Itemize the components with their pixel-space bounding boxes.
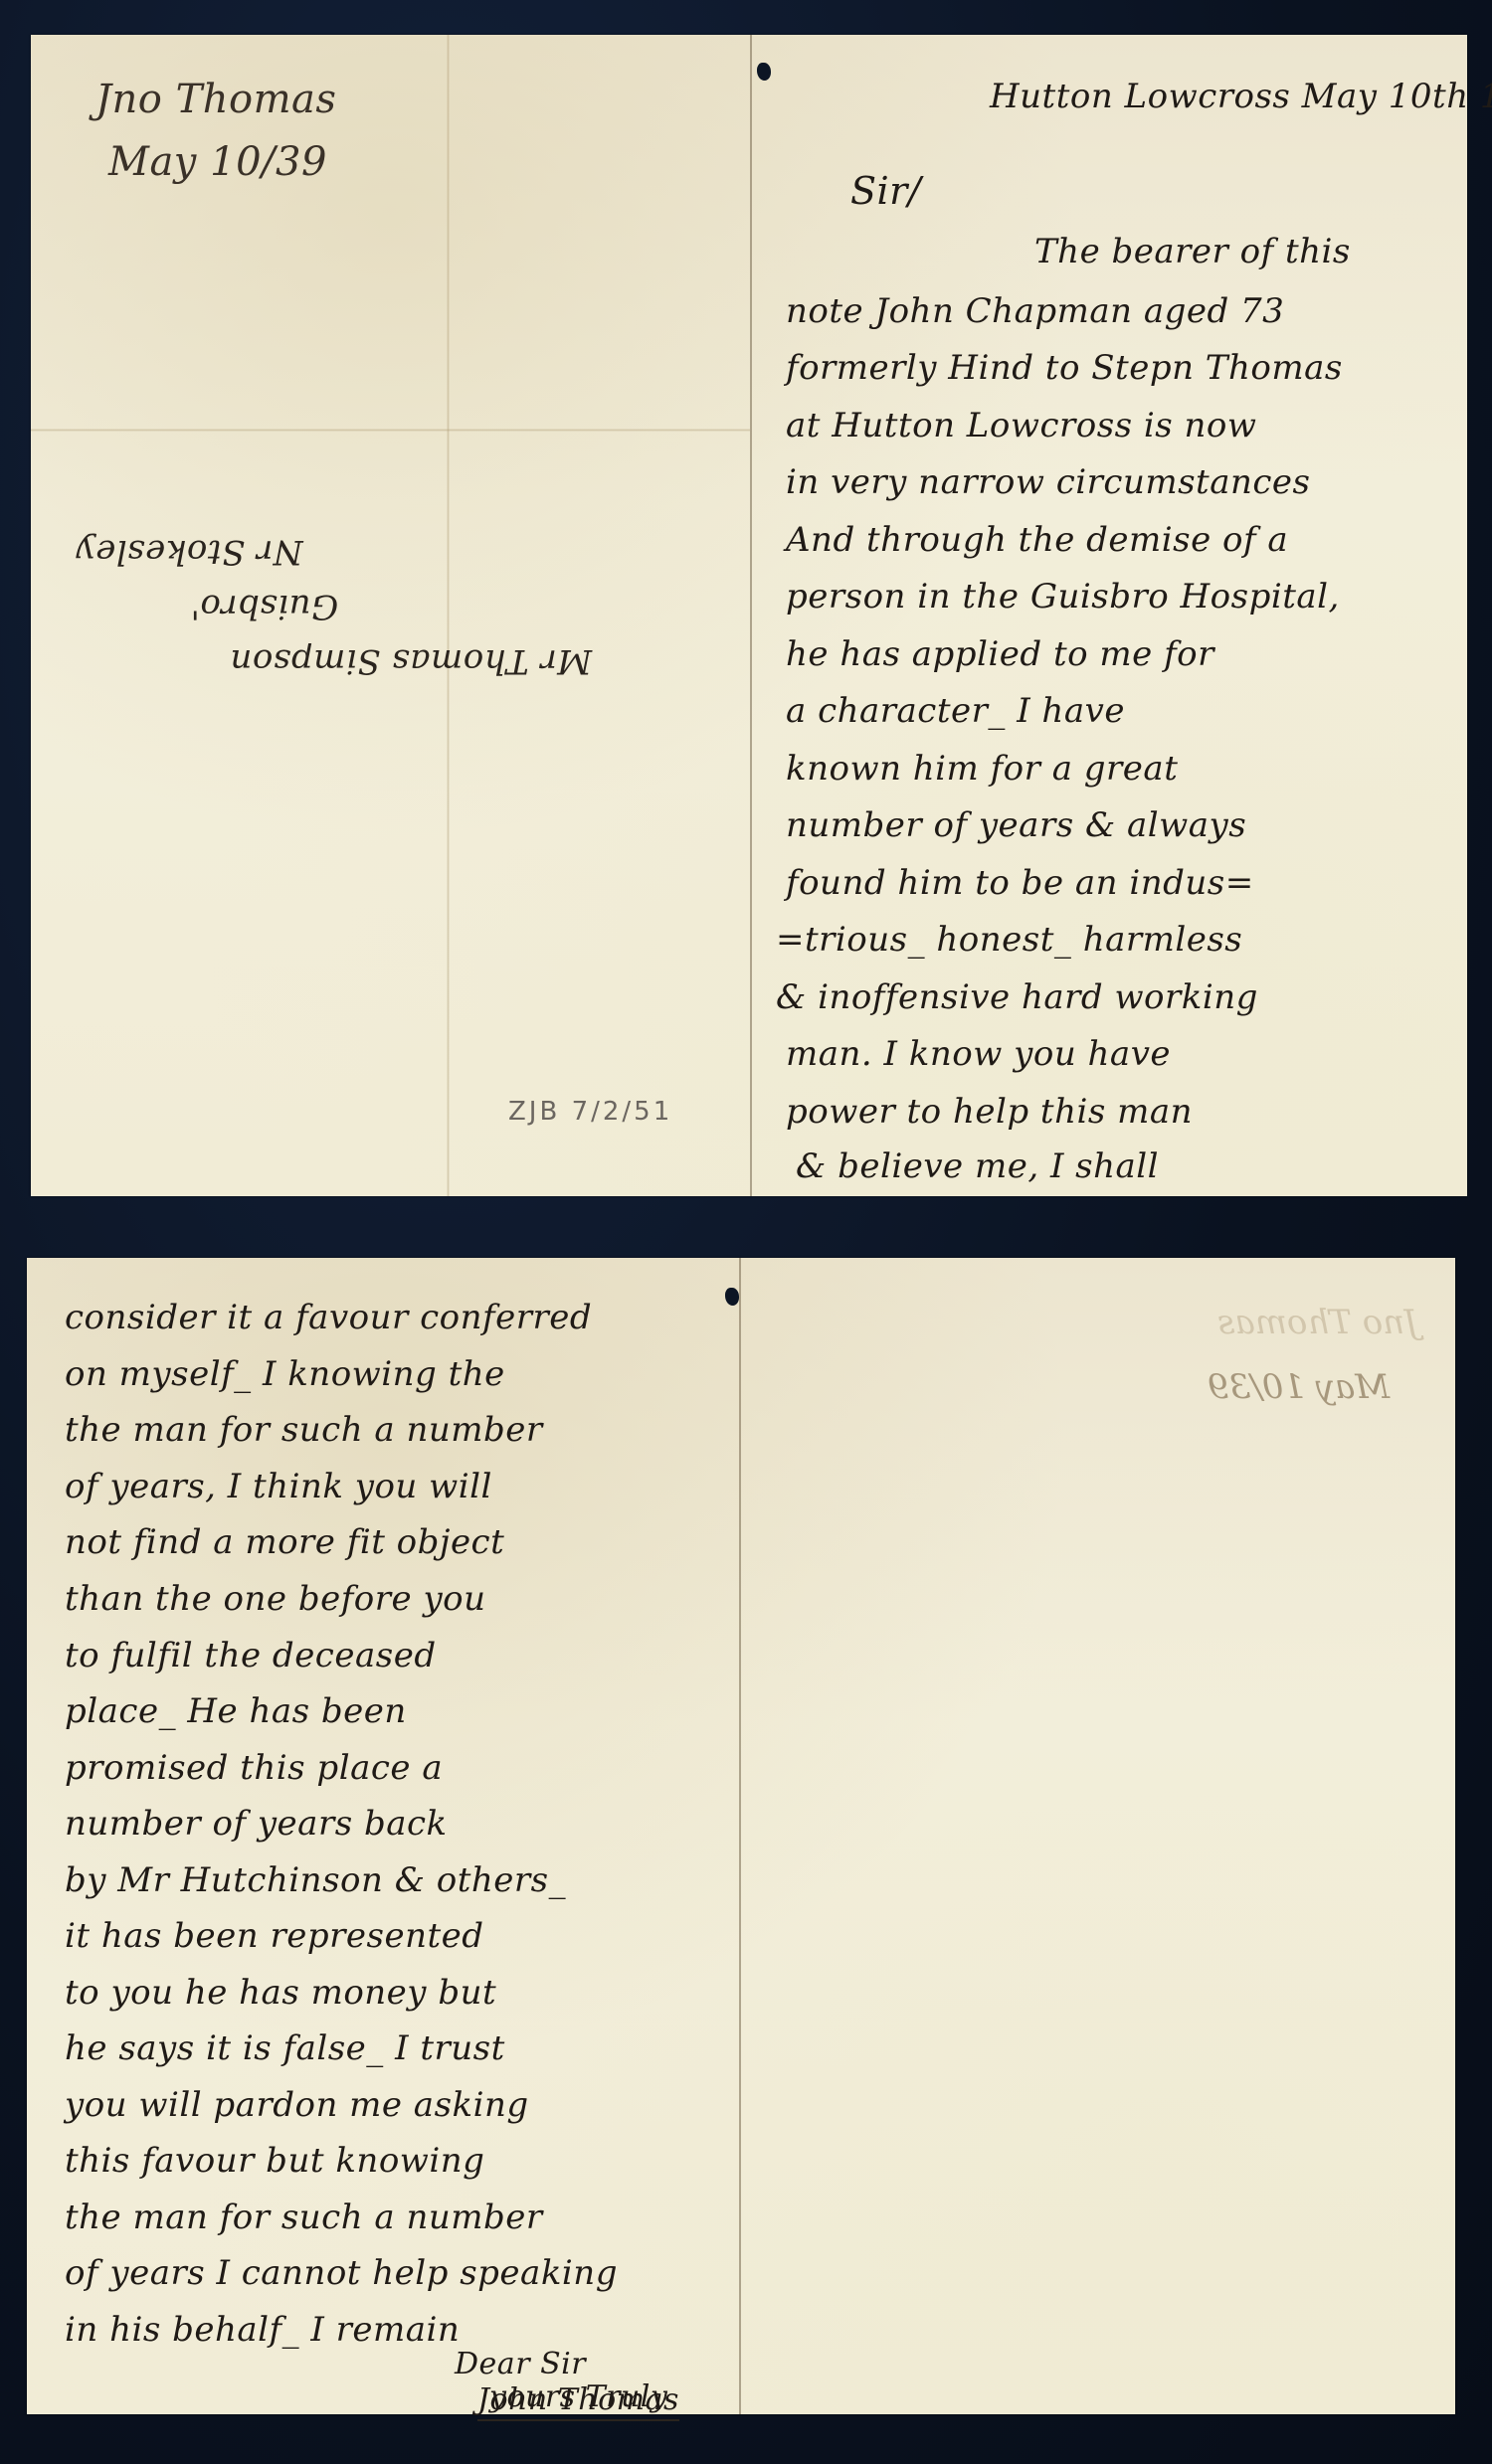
salutation: Sir/ [850,169,921,213]
docket-name: Jno Thomas [95,77,336,122]
letter-line: to fulfil the deceased [65,1636,437,1675]
letter-line: by Mr Hutchinson & others_ [65,1860,566,1900]
upper-left-page: Jno Thomas May 10/39 Mr Thomas Simpson G… [31,35,750,1196]
letter-line: to you he has money but [65,1973,496,2013]
lower-letter-sheet: consider it a favour conferred on myself… [27,1258,1455,2414]
upper-letter-sheet: Jno Thomas May 10/39 Mr Thomas Simpson G… [31,35,1467,1196]
letter-line: The bearer of this [1034,232,1351,271]
closing-dear-sir: Dear Sir [455,2347,586,2381]
lower-right-page: Jno Thomas May 10/39 [740,1258,1455,2414]
letter-line: at Hutton Lowcross is now [786,406,1257,445]
letter-line: he says it is false_ I trust [65,2028,505,2068]
letter-line: he has applied to me for [786,634,1214,674]
letter-line: in very narrow circumstances [786,462,1310,502]
letter-heading: Hutton Lowcross May 10th 1839 [990,77,1492,116]
bleed-through-date: May 10/39 [1208,1367,1390,1407]
address-line-3: Nr Stokesley [76,532,303,572]
letter-line: formerly Hind to Stepn Thomas [786,348,1343,388]
letter-line: =trious_ honest_ harmless [776,920,1242,960]
letter-line: note John Chapman aged 73 [786,291,1284,331]
letter-line: on myself_ I knowing the [65,1354,505,1394]
letter-line: place_ He has been [65,1691,407,1731]
letter-line: in his behalf_ I remain [65,2310,460,2350]
letter-line: found him to be an indus= [786,863,1254,903]
address-line-1: Mr Thomas Simpson [230,641,592,681]
bleed-through-name: Jno Thomas [1217,1303,1418,1342]
letter-line: known him for a great [786,749,1178,789]
letter-line: you will pardon me asking [65,2085,529,2125]
docket-date: May 10/39 [108,139,327,185]
lower-left-page: consider it a favour conferred on myself… [27,1258,739,2414]
letter-line: the man for such a number [65,2198,543,2237]
letter-line: of years I cannot help speaking [65,2253,618,2293]
letter-line: number of years back [65,1804,448,1844]
letter-line: not find a more fit object [65,1522,504,1562]
letter-line: of years, I think you will [65,1467,492,1506]
letter-line: man. I know you have [786,1034,1171,1074]
address-line-2: Guisbro' [190,587,338,626]
letter-line: promised this place a [65,1748,443,1788]
letter-line: power to help this man [786,1092,1193,1132]
letter-line: a character_ I have [786,691,1125,731]
letter-line: this favour but knowing [65,2141,484,2181]
letter-line: & inoffensive hard working [776,977,1258,1017]
letter-line: the man for such a number [65,1410,543,1450]
letter-line: it has been represented [65,1916,484,1956]
upper-right-page: Hutton Lowcross May 10th 1839 Sir/ The b… [751,35,1467,1196]
letter-line: person in the Guisbro Hospital, [786,577,1340,616]
letter-line: than the one before you [65,1579,486,1619]
letter-line: And through the demise of a [786,520,1288,560]
signature: John Thomas [477,2382,679,2421]
letter-line: number of years & always [786,805,1246,845]
letter-line: & believe me, I shall [796,1146,1159,1186]
archive-reference: ZJB 7/2/51 [508,1097,672,1127]
letter-line: consider it a favour conferred [65,1298,592,1337]
